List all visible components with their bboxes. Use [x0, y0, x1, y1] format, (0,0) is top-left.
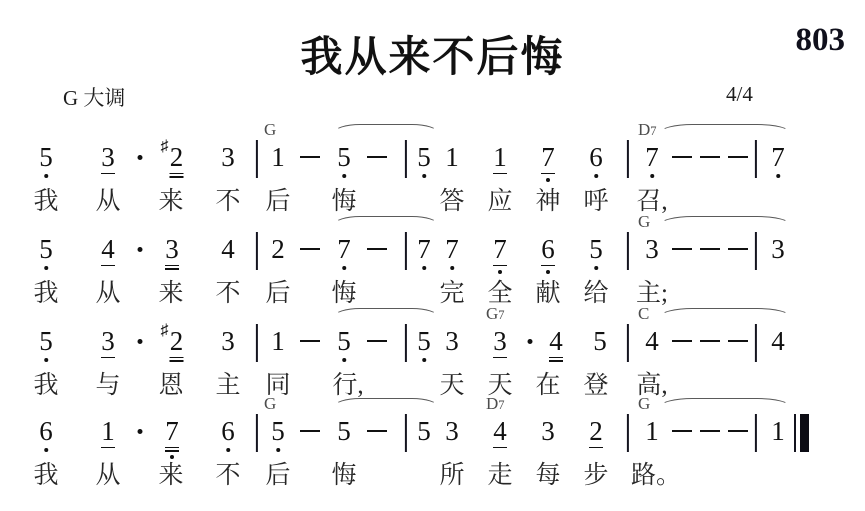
- note-column: 4: [493, 418, 507, 448]
- duration-underline: [101, 173, 115, 175]
- tie-slur: [660, 216, 790, 233]
- note-column: 5: [417, 418, 431, 445]
- lyric-syllable: 全: [487, 280, 512, 307]
- note-column: 5: [337, 328, 351, 362]
- lyric-syllable: 悔: [331, 462, 356, 489]
- final-barline: [794, 414, 809, 452]
- low-octave-dot: [342, 174, 346, 178]
- note-column: 4: [549, 328, 563, 362]
- lyric-syllable: 从: [95, 188, 120, 215]
- lyric-syllable: 恩: [158, 372, 183, 399]
- low-octave-dot: [594, 266, 598, 270]
- dash-extension: [728, 340, 748, 342]
- lyric-syllable: 天: [439, 372, 464, 399]
- lyric-syllable: 走: [487, 462, 512, 489]
- duration-underline: [493, 357, 507, 359]
- duration-underline: [549, 360, 563, 362]
- dash-extension: [700, 248, 720, 250]
- note: 5: [39, 236, 53, 270]
- note-digit: 6: [221, 418, 235, 445]
- duration-underline: [493, 447, 507, 449]
- note: 5: [593, 328, 607, 355]
- note-digit: 3: [221, 328, 235, 355]
- note-digit: 1: [271, 328, 285, 355]
- lyric-syllable: 给: [583, 280, 608, 307]
- low-octave-dot: [498, 270, 502, 274]
- chord-label: G: [638, 213, 650, 231]
- note: 1: [645, 418, 659, 445]
- note-digit: 5: [417, 144, 431, 171]
- tie-slur: [660, 308, 790, 325]
- note-column: 7: [337, 236, 351, 270]
- low-octave-dot: [776, 174, 780, 178]
- note-column: 5: [589, 236, 603, 270]
- duration-underline: [549, 357, 563, 359]
- chord-label: C: [638, 305, 649, 323]
- note-digit: 3: [541, 418, 555, 445]
- note: 3: [101, 328, 115, 358]
- note-digit: 3: [445, 328, 459, 355]
- duration-underline: [170, 357, 184, 359]
- augmentation-dot: [138, 429, 143, 434]
- duration-underline: [493, 173, 507, 175]
- note-column: 1: [493, 144, 507, 174]
- note-column: 4: [221, 236, 235, 263]
- note: 5: [39, 144, 53, 178]
- note-digit: 1: [645, 418, 659, 445]
- note-column: 7: [541, 144, 555, 182]
- barline: [256, 232, 258, 270]
- note-column: 6: [589, 144, 603, 178]
- chord-number: 7: [498, 398, 504, 412]
- note: 1: [445, 144, 459, 171]
- duration-underline: [170, 360, 184, 362]
- note: 7: [165, 418, 179, 459]
- lyric-syllable: 路。: [631, 462, 681, 489]
- note: 3: [645, 236, 659, 263]
- lyric-syllable: 召,: [636, 188, 667, 215]
- low-octave-dot: [44, 358, 48, 362]
- duration-underline: [101, 357, 115, 359]
- duration-underline: [589, 447, 603, 449]
- note-column: 6: [541, 236, 555, 274]
- note-digit: 1: [445, 144, 459, 171]
- low-octave-dot: [170, 455, 174, 459]
- note: 5: [589, 236, 603, 270]
- note-digit: 3: [101, 328, 115, 355]
- lyric-syllable: 行,: [332, 372, 363, 399]
- note-digit: 4: [549, 328, 563, 355]
- note: 4: [645, 328, 659, 355]
- note: 5: [337, 144, 351, 178]
- note-column: 1: [771, 418, 785, 445]
- note: 6: [39, 418, 53, 452]
- note-column: 2: [170, 328, 184, 362]
- note-column: 7: [771, 144, 785, 178]
- lyric-syllable: 登: [583, 372, 608, 399]
- dash-extension: [300, 340, 320, 342]
- note-digit: 7: [417, 236, 431, 263]
- note: 5: [337, 328, 351, 362]
- note-digit: 1: [493, 144, 507, 171]
- note: 3: [445, 328, 459, 355]
- tie-slur: [660, 124, 790, 141]
- note-digit: 5: [417, 418, 431, 445]
- note-digit: 7: [493, 236, 507, 263]
- note-column: 7: [417, 236, 431, 270]
- note: 7: [493, 236, 507, 274]
- note-column: 7: [493, 236, 507, 274]
- low-octave-dot: [422, 266, 426, 270]
- chord-label: G: [638, 395, 650, 413]
- lyric-syllable: 悔: [331, 188, 356, 215]
- note-column: 3: [771, 236, 785, 263]
- final-thin-bar: [794, 414, 796, 452]
- note-digit: 3: [101, 144, 115, 171]
- note-digit: 3: [645, 236, 659, 263]
- note: 5: [337, 418, 351, 445]
- low-octave-dot: [226, 448, 230, 452]
- note-column: 6: [39, 418, 53, 452]
- lyric-syllable: 我: [33, 462, 58, 489]
- note-column: 1: [645, 418, 659, 445]
- note-column: 5: [593, 328, 607, 355]
- note-column: 3: [165, 236, 179, 270]
- lyric-syllable: 来: [158, 280, 183, 307]
- note: 5: [39, 328, 53, 362]
- lyric-syllable: 我: [33, 280, 58, 307]
- note-column: 6: [221, 418, 235, 452]
- dash-extension: [300, 156, 320, 158]
- low-octave-dot: [422, 174, 426, 178]
- note: 7: [417, 236, 431, 270]
- note-column: 3: [101, 328, 115, 358]
- note: 7: [771, 144, 785, 178]
- dash-extension: [700, 156, 720, 158]
- note-digit: 6: [589, 144, 603, 171]
- note-column: 5: [337, 418, 351, 445]
- note: 2: [589, 418, 603, 448]
- note: 3: [221, 328, 235, 355]
- barline: [405, 140, 407, 178]
- dash-extension: [728, 430, 748, 432]
- note-column: 7: [645, 144, 659, 178]
- note-digit: 7: [541, 144, 555, 171]
- lyric-syllable: 主: [215, 372, 240, 399]
- note: 6: [541, 236, 555, 274]
- note: 4: [771, 328, 785, 355]
- duration-underline: [101, 265, 115, 267]
- lyric-syllable: 不: [215, 280, 240, 307]
- note-digit: 7: [337, 236, 351, 263]
- note: 1: [271, 328, 285, 355]
- low-octave-dot: [44, 266, 48, 270]
- barline: [627, 324, 629, 362]
- final-thick-bar: [800, 414, 809, 452]
- tie-slur: [334, 398, 438, 415]
- note-digit: 5: [337, 144, 351, 171]
- score-notation-area: 53♯231G5511767D77我从来不后悔答应神呼召,54342777765…: [0, 0, 865, 511]
- note-digit: 2: [170, 144, 184, 171]
- barline: [256, 324, 258, 362]
- note-column: 4: [101, 236, 115, 266]
- dash-extension: [728, 248, 748, 250]
- note: 6: [589, 144, 603, 178]
- lyric-syllable: 应: [487, 188, 512, 215]
- note: 3: [771, 236, 785, 263]
- duration-underline: [165, 265, 179, 267]
- chord-label: G: [264, 395, 276, 413]
- tie-slur: [334, 216, 438, 233]
- note-digit: 3: [771, 236, 785, 263]
- note: 2: [271, 236, 285, 263]
- dash-extension: [672, 248, 692, 250]
- note: 6: [221, 418, 235, 452]
- note-digit: 5: [593, 328, 607, 355]
- low-octave-dot: [594, 174, 598, 178]
- dash-extension: [672, 340, 692, 342]
- note-column: 5: [39, 144, 53, 178]
- dash-extension: [367, 430, 387, 432]
- note-column: 3: [221, 144, 235, 171]
- note-digit: 5: [39, 236, 53, 263]
- note: 7: [337, 236, 351, 270]
- lyric-syllable: 我: [33, 188, 58, 215]
- note-column: 5: [417, 144, 431, 178]
- note-digit: 1: [771, 418, 785, 445]
- chord-label: D7: [486, 395, 505, 414]
- low-octave-dot: [342, 266, 346, 270]
- lyric-syllable: 来: [158, 462, 183, 489]
- dash-extension: [672, 156, 692, 158]
- note-digit: 7: [645, 144, 659, 171]
- note-column: 5: [417, 328, 431, 362]
- note-digit: 6: [541, 236, 555, 263]
- note: ♯2: [161, 328, 184, 362]
- lyric-syllable: 后: [265, 462, 290, 489]
- note-digit: 5: [417, 328, 431, 355]
- augmentation-dot: [138, 155, 143, 160]
- note-column: 2: [170, 144, 184, 178]
- note-digit: 5: [589, 236, 603, 263]
- note-column: 4: [771, 328, 785, 355]
- lyric-syllable: 完: [439, 280, 464, 307]
- note-column: 4: [645, 328, 659, 355]
- note-column: 1: [101, 418, 115, 448]
- sharp-accidental-icon: ♯: [161, 323, 169, 339]
- note-column: 3: [445, 418, 459, 445]
- dash-extension: [728, 156, 748, 158]
- note-column: 1: [271, 144, 285, 171]
- lyric-syllable: 献: [535, 280, 560, 307]
- note-digit: 4: [221, 236, 235, 263]
- note-column: 3: [101, 144, 115, 174]
- duration-underline: [165, 268, 179, 270]
- lyric-syllable: 神: [535, 188, 560, 215]
- lyric-syllable: 在: [535, 372, 560, 399]
- note-column: 1: [445, 144, 459, 171]
- note-digit: 4: [645, 328, 659, 355]
- note: 7: [445, 236, 459, 270]
- lyric-syllable: 后: [265, 280, 290, 307]
- note-digit: 4: [493, 418, 507, 445]
- lyric-syllable: 步: [583, 462, 608, 489]
- low-octave-dot: [546, 178, 550, 182]
- duration-underline: [101, 447, 115, 449]
- note-digit: 6: [39, 418, 53, 445]
- note-digit: 4: [101, 236, 115, 263]
- hymn-sheet-page: 我从来不后悔 803 G 大调 4/4 53♯231G5511767D77我从来…: [0, 0, 865, 511]
- lyric-syllable: 不: [215, 462, 240, 489]
- lyric-syllable: 不: [215, 188, 240, 215]
- dash-extension: [367, 340, 387, 342]
- note: 5: [417, 144, 431, 178]
- note-digit: 3: [165, 236, 179, 263]
- lyric-syllable: 呼: [583, 188, 608, 215]
- dash-extension: [300, 248, 320, 250]
- note: 1: [101, 418, 115, 448]
- dash-extension: [672, 430, 692, 432]
- note-digit: 7: [165, 418, 179, 445]
- barline: [755, 232, 757, 270]
- note-digit: 2: [589, 418, 603, 445]
- note-column: 5: [39, 328, 53, 362]
- barline: [627, 232, 629, 270]
- note-digit: 7: [771, 144, 785, 171]
- low-octave-dot: [450, 266, 454, 270]
- note-digit: 1: [101, 418, 115, 445]
- lyric-syllable: 来: [158, 188, 183, 215]
- note: 3: [101, 144, 115, 174]
- note-column: 1: [271, 328, 285, 355]
- note: ♯2: [161, 144, 184, 178]
- barline: [627, 140, 629, 178]
- note-column: 5: [271, 418, 285, 452]
- lyric-syllable: 主;: [636, 280, 668, 307]
- low-octave-dot: [342, 358, 346, 362]
- dash-extension: [367, 248, 387, 250]
- note-digit: 5: [337, 418, 351, 445]
- note: 5: [271, 418, 285, 452]
- dash-extension: [300, 430, 320, 432]
- note: 7: [541, 144, 555, 182]
- duration-underline: [493, 265, 507, 267]
- augmentation-dot: [138, 247, 143, 252]
- tie-slur: [660, 398, 790, 415]
- note: 3: [165, 236, 179, 270]
- lyric-syllable: 答: [439, 188, 464, 215]
- tie-slur: [334, 308, 438, 325]
- sharp-accidental-icon: ♯: [161, 139, 169, 155]
- barline: [405, 414, 407, 452]
- barline: [755, 414, 757, 452]
- duration-underline: [541, 265, 555, 267]
- lyric-syllable: 后: [265, 188, 290, 215]
- lyric-syllable: 从: [95, 462, 120, 489]
- note: 3: [541, 418, 555, 445]
- barline: [405, 232, 407, 270]
- augmentation-dot: [528, 339, 533, 344]
- note-column: 7: [165, 418, 179, 459]
- note-digit: 5: [271, 418, 285, 445]
- tie-slur: [334, 124, 438, 141]
- note-column: 3: [221, 328, 235, 355]
- note-digit: 5: [39, 144, 53, 171]
- note-digit: 3: [493, 328, 507, 355]
- note-column: 7: [445, 236, 459, 270]
- note: 1: [271, 144, 285, 171]
- low-octave-dot: [44, 174, 48, 178]
- duration-underline: [170, 176, 184, 178]
- note: 3: [493, 328, 507, 358]
- note-column: 3: [645, 236, 659, 263]
- duration-underline: [165, 447, 179, 449]
- note: 1: [771, 418, 785, 445]
- barline: [627, 414, 629, 452]
- barline: [256, 414, 258, 452]
- note-digit: 4: [771, 328, 785, 355]
- duration-underline: [170, 173, 184, 175]
- note: 5: [417, 418, 431, 445]
- lyric-syllable: 与: [95, 372, 120, 399]
- note: 3: [221, 144, 235, 171]
- note: 7: [645, 144, 659, 178]
- barline: [755, 324, 757, 362]
- low-octave-dot: [44, 448, 48, 452]
- low-octave-dot: [422, 358, 426, 362]
- note: 4: [549, 328, 563, 362]
- note: 4: [101, 236, 115, 266]
- note-column: 2: [271, 236, 285, 263]
- note: 4: [221, 236, 235, 263]
- chord-label: G7: [486, 305, 505, 324]
- chord-label: D7: [638, 121, 657, 140]
- note-column: 3: [493, 328, 507, 358]
- duration-underline: [541, 173, 555, 175]
- low-octave-dot: [546, 270, 550, 274]
- chord-label: G: [264, 121, 276, 139]
- note-digit: 1: [271, 144, 285, 171]
- note-digit: 3: [221, 144, 235, 171]
- low-octave-dot: [650, 174, 654, 178]
- duration-underline: [165, 450, 179, 452]
- note-column: 2: [589, 418, 603, 448]
- note-column: 5: [39, 236, 53, 270]
- chord-number: 7: [498, 308, 504, 322]
- note-digit: 5: [337, 328, 351, 355]
- note-digit: 7: [445, 236, 459, 263]
- note: 3: [445, 418, 459, 445]
- note-digit: 2: [271, 236, 285, 263]
- chord-number: 7: [650, 124, 656, 138]
- note: 5: [417, 328, 431, 362]
- note: 4: [493, 418, 507, 448]
- low-octave-dot: [276, 448, 280, 452]
- lyric-syllable: 悔: [331, 280, 356, 307]
- lyric-syllable: 每: [535, 462, 560, 489]
- note-column: 3: [541, 418, 555, 445]
- note-digit: 2: [170, 328, 184, 355]
- lyric-syllable: 我: [33, 372, 58, 399]
- note-column: 5: [337, 144, 351, 178]
- note-digit: 3: [445, 418, 459, 445]
- dash-extension: [367, 156, 387, 158]
- note-digit: 5: [39, 328, 53, 355]
- lyric-syllable: 所: [439, 462, 464, 489]
- barline: [405, 324, 407, 362]
- barline: [256, 140, 258, 178]
- dash-extension: [700, 340, 720, 342]
